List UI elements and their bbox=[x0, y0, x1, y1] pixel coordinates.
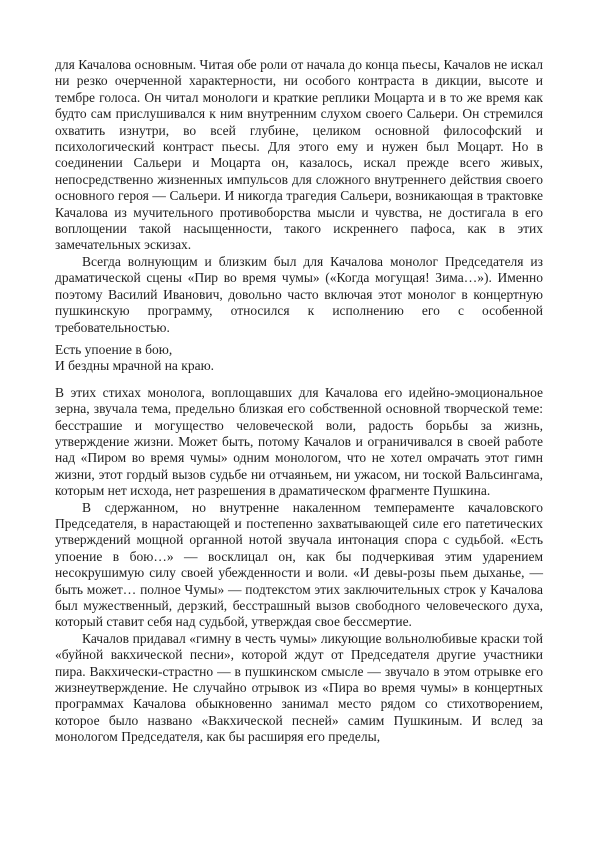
paragraph-bacchic-song: Качалов придавал «гимну в честь чумы» ли… bbox=[55, 631, 543, 746]
paragraph-chairman-temperament: В сдержанном, но внутренне накаленном те… bbox=[55, 500, 543, 631]
paragraph-continuation: для Качалова основным. Читая обе роли от… bbox=[55, 57, 543, 254]
verse-line: Есть упоение в бою, bbox=[55, 342, 543, 358]
document-page: для Качалова основным. Читая обе роли от… bbox=[0, 0, 600, 849]
paragraph-verse-commentary: В этих стихах монолога, воплощавших для … bbox=[55, 385, 543, 500]
paragraph-monologue-intro: Всегда волнующим и близким был для Качал… bbox=[55, 254, 543, 336]
verse-line: И бездны мрачной на краю. bbox=[55, 358, 543, 374]
verse-quote: Есть упоение в бою, И бездны мрачной на … bbox=[55, 342, 543, 375]
